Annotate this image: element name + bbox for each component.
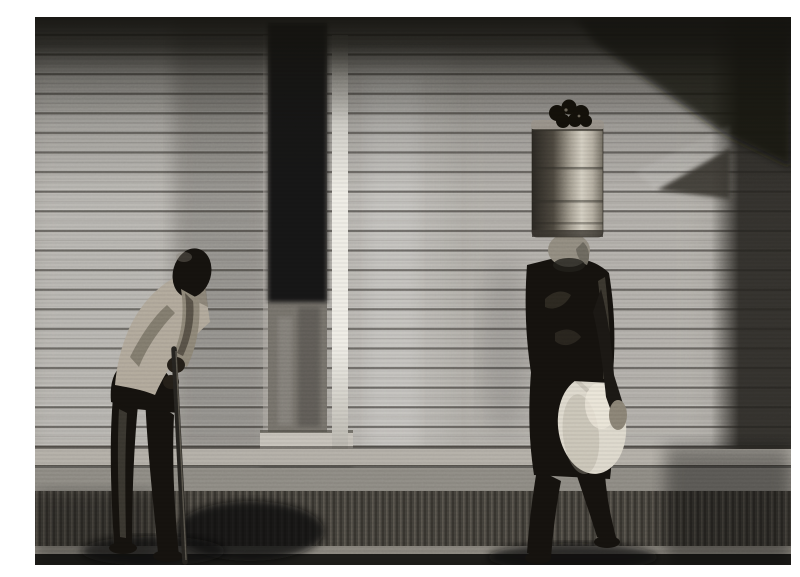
page-background xyxy=(0,0,800,577)
film-grain xyxy=(35,17,791,565)
photograph xyxy=(35,17,791,565)
photo-scene xyxy=(35,17,791,565)
